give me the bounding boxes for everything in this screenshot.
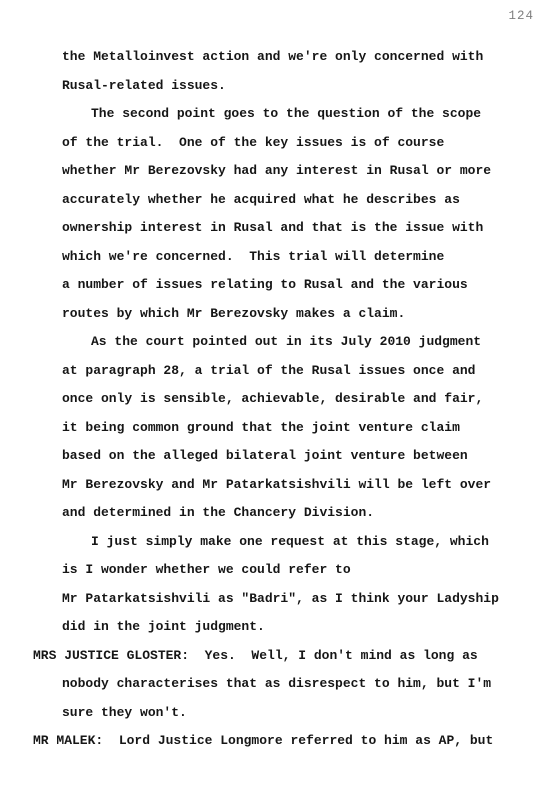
transcript-line: of the trial. One of the key issues is o… — [0, 129, 558, 158]
transcript-line: at paragraph 28, a trial of the Rusal is… — [0, 357, 558, 386]
transcript-line: I just simply make one request at this s… — [0, 528, 558, 557]
transcript-line: The second point goes to the question of… — [0, 100, 558, 129]
transcript-line: based on the alleged bilateral joint ven… — [0, 442, 558, 471]
transcript-line: MRS JUSTICE GLOSTER: Yes. Well, I don't … — [0, 642, 558, 671]
transcript-line: which we're concerned. This trial will d… — [0, 243, 558, 272]
transcript-line: Mr Berezovsky and Mr Patarkatsishvili wi… — [0, 471, 558, 500]
transcript-line: a number of issues relating to Rusal and… — [0, 271, 558, 300]
transcript-line: is I wonder whether we could refer to — [0, 556, 558, 585]
transcript-line: Mr Patarkatsishvili as "Badri", as I thi… — [0, 585, 558, 614]
transcript-line: nobody characterises that as disrespect … — [0, 670, 558, 699]
transcript-line: it being common ground that the joint ve… — [0, 414, 558, 443]
transcript-line: MR MALEK: Lord Justice Longmore referred… — [0, 727, 558, 756]
transcript-line: accurately whether he acquired what he d… — [0, 186, 558, 215]
transcript-line: did in the joint judgment. — [0, 613, 558, 642]
transcript-line: and determined in the Chancery Division. — [0, 499, 558, 528]
transcript-line: As the court pointed out in its July 201… — [0, 328, 558, 357]
transcript-line: ownership interest in Rusal and that is … — [0, 214, 558, 243]
transcript-page: 124 the Metalloinvest action and we're o… — [0, 0, 558, 789]
transcript-line: sure they won't. — [0, 699, 558, 728]
transcript-line: whether Mr Berezovsky had any interest i… — [0, 157, 558, 186]
transcript-line: once only is sensible, achievable, desir… — [0, 385, 558, 414]
transcript-line: the Metalloinvest action and we're only … — [0, 43, 558, 72]
transcript-body: the Metalloinvest action and we're only … — [0, 43, 558, 756]
page-number: 124 — [508, 9, 534, 23]
transcript-line: routes by which Mr Berezovsky makes a cl… — [0, 300, 558, 329]
transcript-line: Rusal-related issues. — [0, 72, 558, 101]
